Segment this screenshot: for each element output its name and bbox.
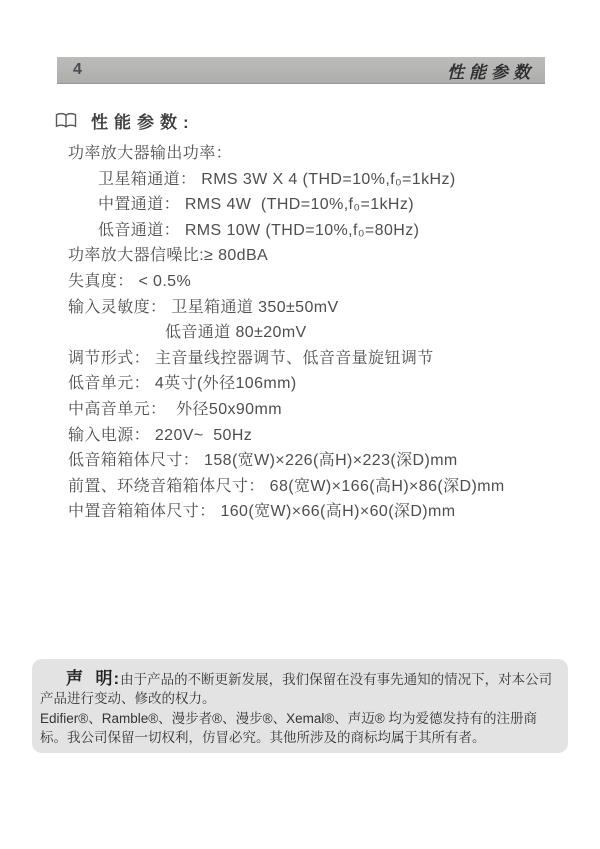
spec-line-satellite-channel: 卫星箱通道： RMS 3W X 4 (THD=10%,f₀=1kHz) (68, 167, 568, 193)
page-number: 4 (73, 61, 82, 79)
trademark-paragraph: Edifier®、Ramble®、漫步者®、漫步®、Xemal®、声迈® 均为爱… (40, 709, 560, 747)
page-header-bar: 4 性能参数 (57, 57, 545, 84)
spec-line-bass-driver: 低音单元： 4英寸(外径106mm) (68, 371, 568, 397)
spec-line-input-power: 输入电源： 220V~ 50Hz (68, 423, 568, 449)
section-heading: 性能参数: (55, 108, 195, 133)
spec-line-bass-channel: 低音通道： RMS 10W (THD=10%,f₀=80Hz) (68, 218, 568, 244)
spec-line-adjust-mode: 调节形式： 主音量线控器调节、低音音量旋钮调节 (68, 346, 568, 372)
spec-line-center-size: 中置音箱箱体尺寸： 160(宽W)×66(高H)×60(深D)mm (68, 499, 568, 525)
spec-line-center-channel: 中置通道： RMS 4W (THD=10%,f₀=1kHz) (68, 192, 568, 218)
spec-line-subwoofer-size: 低音箱箱体尺寸： 158(宽W)×226(高H)×223(深D)mm (68, 448, 568, 474)
running-header-title: 性能参数 (447, 58, 535, 83)
manual-page: 4 性能参数 性能参数: 功率放大器输出功率： 卫星箱通道： RMS 3W X … (0, 0, 600, 849)
open-book-icon (55, 112, 77, 129)
spec-line-bass-sensitivity: 低音通道 80±20mV (68, 320, 568, 346)
spec-line-front-surround-size: 前置、环绕音箱箱体尺寸： 68(宽W)×166(高H)×86(深D)mm (68, 474, 568, 500)
declaration-paragraph: 声 明:由于产品的不断更新发展，我们保留在没有事先通知的情况下，对本公司产品进行… (40, 669, 560, 708)
spec-line-snr: 功率放大器信噪比:≥ 80dBA (68, 243, 568, 269)
declaration-label: 声 明: (66, 669, 120, 688)
spec-line-output-power: 功率放大器输出功率： (68, 141, 568, 167)
declaration-box: 声 明:由于产品的不断更新发展，我们保留在没有事先通知的情况下，对本公司产品进行… (32, 659, 568, 753)
spec-list: 功率放大器输出功率： 卫星箱通道： RMS 3W X 4 (THD=10%,f₀… (68, 141, 568, 525)
spec-line-distortion: 失真度： < 0.5% (68, 269, 568, 295)
spec-line-input-sensitivity: 输入灵敏度： 卫星箱通道 350±50mV (68, 295, 568, 321)
spec-line-mid-driver: 中高音单元： 外径50x90mm (68, 397, 568, 423)
section-title: 性能参数: (91, 108, 195, 133)
